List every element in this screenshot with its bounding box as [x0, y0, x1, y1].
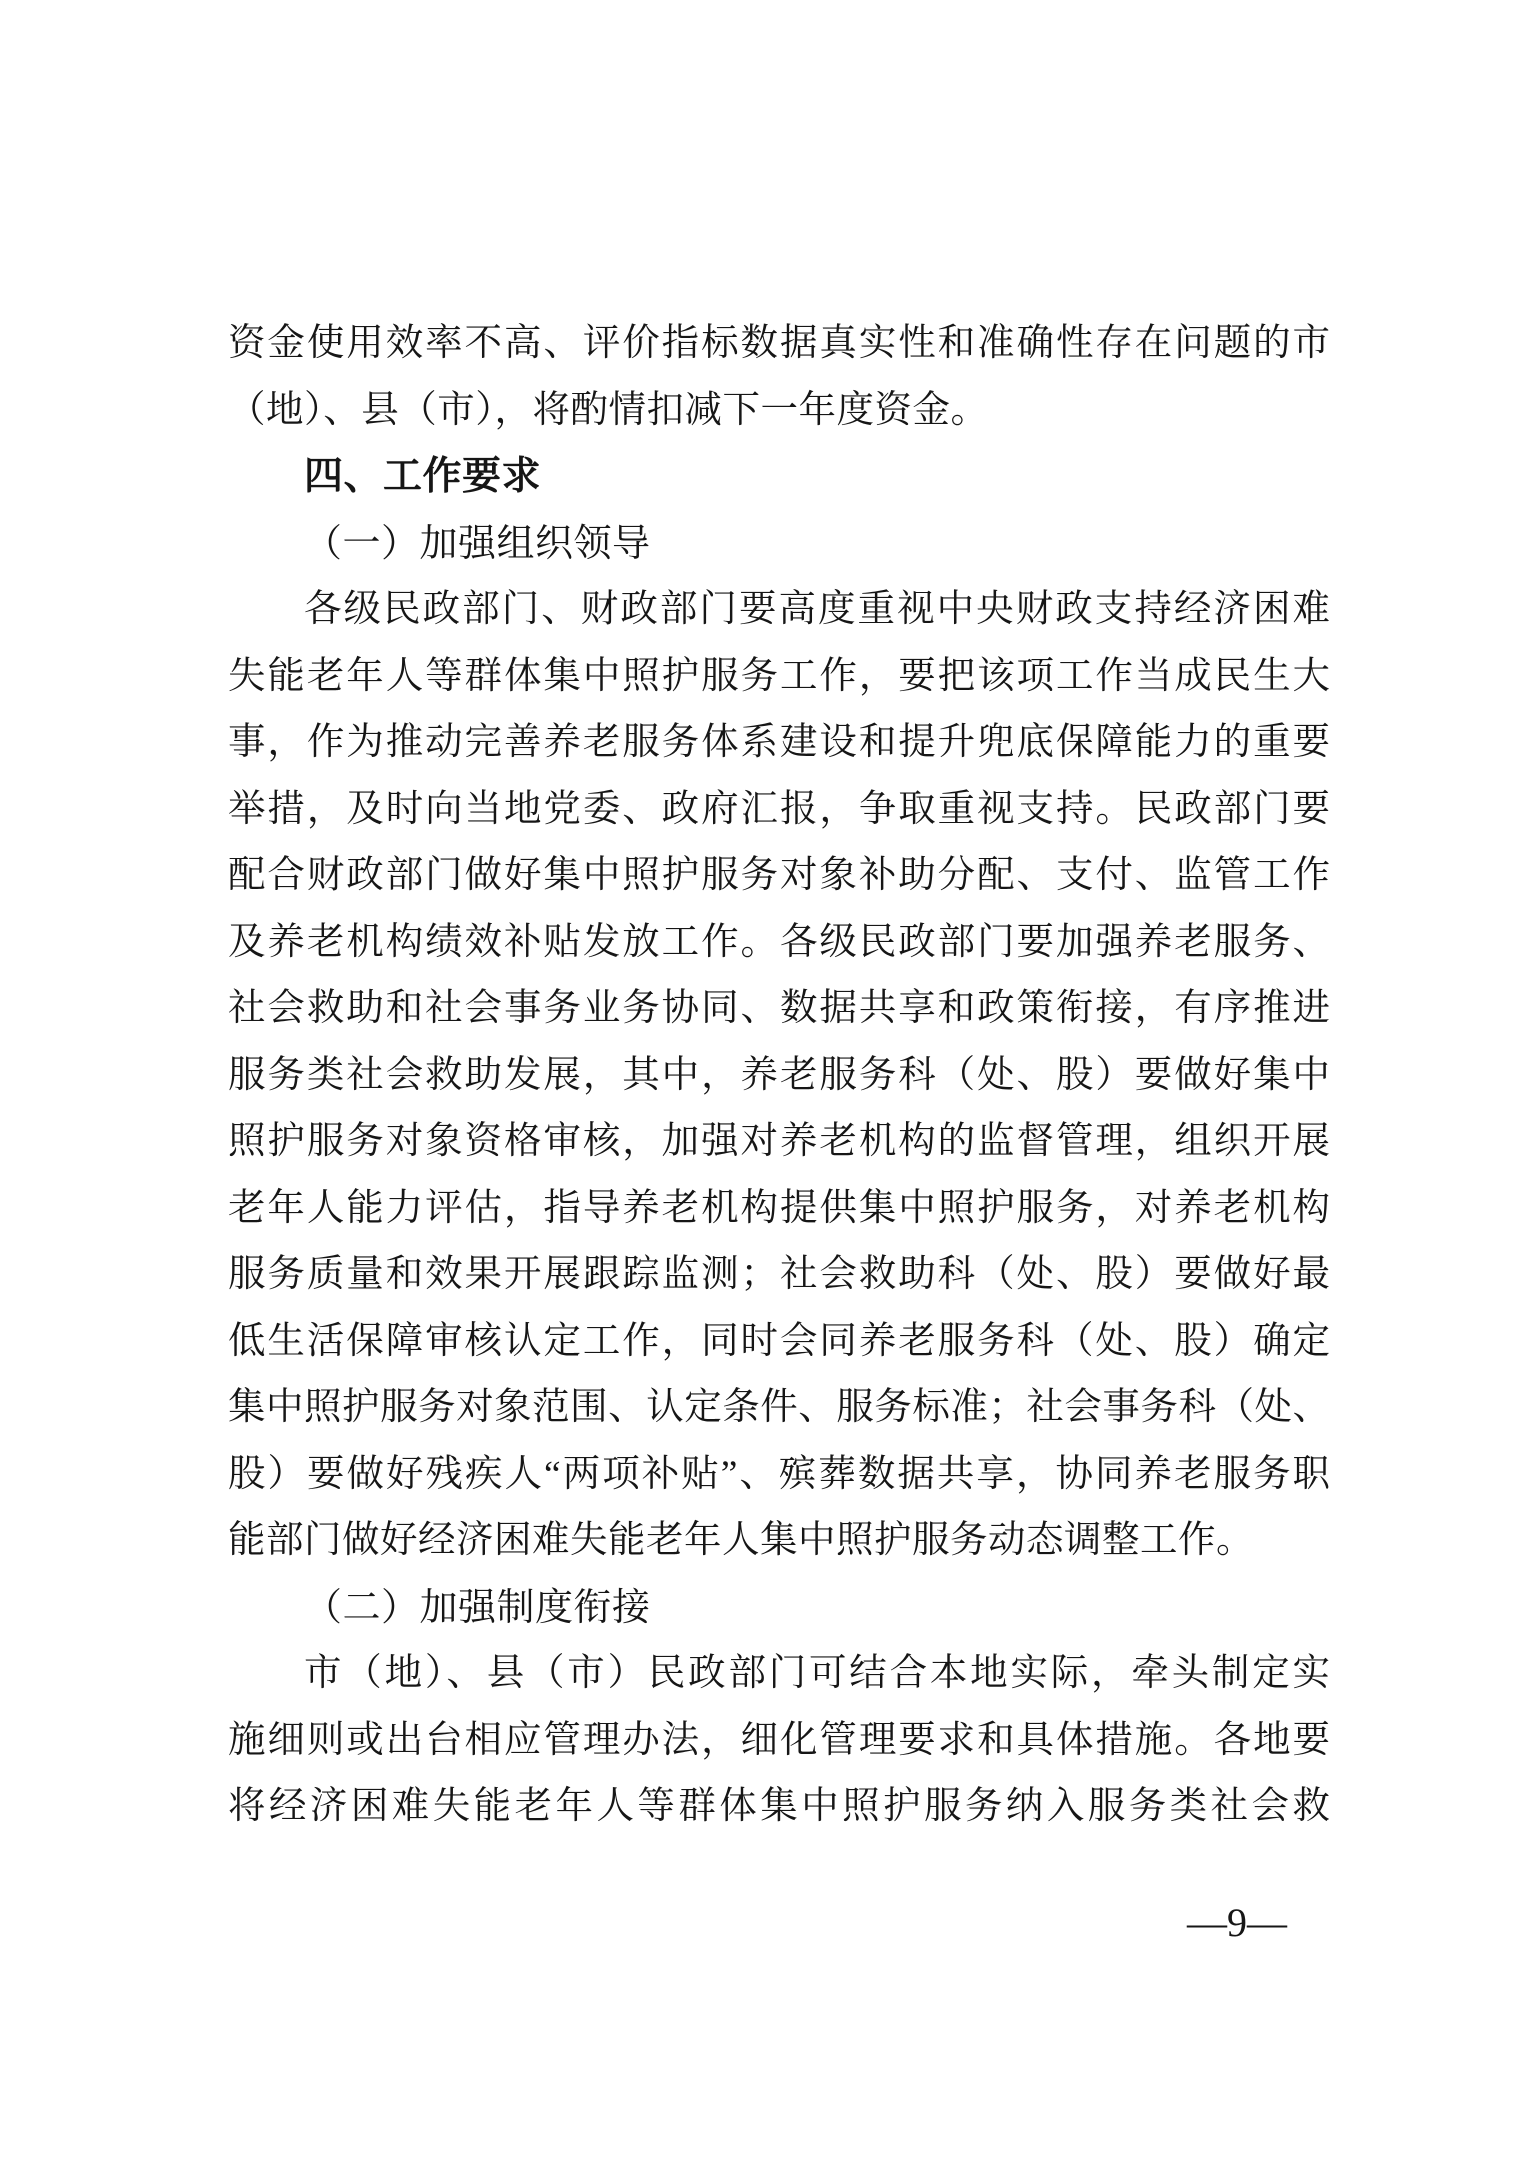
body-text-line: 配合财政部门做好集中照护服务对象补助分配、支付、监管工作	[228, 843, 1330, 910]
body-text-line: 施细则或出台相应管理办法，细化管理要求和具体措施。各地要	[228, 1708, 1330, 1775]
body-text-line: 服务质量和效果开展跟踪监测；社会救助科（处、股）要做好最	[228, 1242, 1330, 1309]
document-text-block: 资金使用效率不高、评价指标数据真实性和准确性存在问题的市（地）、县（市），将酌情…	[228, 311, 1330, 1841]
body-text-line: 各级民政部门、财政部门要高度重视中央财政支持经济困难	[228, 577, 1330, 644]
body-text-line: （地）、县（市），将酌情扣减下一年度资金。	[228, 378, 1330, 445]
body-text-line: 照护服务对象资格审核，加强对养老机构的监督管理，组织开展	[228, 1109, 1330, 1176]
body-text-line: 举措，及时向当地党委、政府汇报，争取重视支持。民政部门要	[228, 777, 1330, 844]
document-page: { "document": { "lines": [ {"text": "资金使…	[0, 0, 1536, 2177]
body-text-line: 市（地）、县（市）民政部门可结合本地实际，牵头制定实	[228, 1641, 1330, 1708]
body-text-line: 事，作为推动完善养老服务体系建设和提升兜底保障能力的重要	[228, 710, 1330, 777]
section-heading: 四、工作要求	[228, 444, 1330, 511]
subsection-heading: （一）加强组织领导	[228, 511, 1330, 578]
body-text-line: 服务类社会救助发展，其中，养老服务科（处、股）要做好集中	[228, 1043, 1330, 1110]
body-text-line: 及养老机构绩效补贴发放工作。各级民政部门要加强养老服务、	[228, 910, 1330, 977]
body-text-line: 将经济困难失能老年人等群体集中照护服务纳入服务类社会救	[228, 1774, 1330, 1841]
body-text-line: 股）要做好残疾人“两项补贴”、殡葬数据共享，协同养老服务职	[228, 1442, 1330, 1509]
body-text-line: 失能老年人等群体集中照护服务工作，要把该项工作当成民生大	[228, 644, 1330, 711]
body-text-line: 资金使用效率不高、评价指标数据真实性和准确性存在问题的市	[228, 311, 1330, 378]
body-text-line: 老年人能力评估，指导养老机构提供集中照护服务，对养老机构	[228, 1176, 1330, 1243]
body-text-line: 集中照护服务对象范围、认定条件、服务标准；社会事务科（处、	[228, 1375, 1330, 1442]
page-number: —9—	[1187, 1899, 1287, 1947]
subsection-heading: （二）加强制度衔接	[228, 1575, 1330, 1642]
body-text-line: 低生活保障审核认定工作，同时会同养老服务科（处、股）确定	[228, 1309, 1330, 1376]
body-text-line: 能部门做好经济困难失能老年人集中照护服务动态调整工作。	[228, 1508, 1330, 1575]
body-text-line: 社会救助和社会事务业务协同、数据共享和政策衔接，有序推进	[228, 976, 1330, 1043]
